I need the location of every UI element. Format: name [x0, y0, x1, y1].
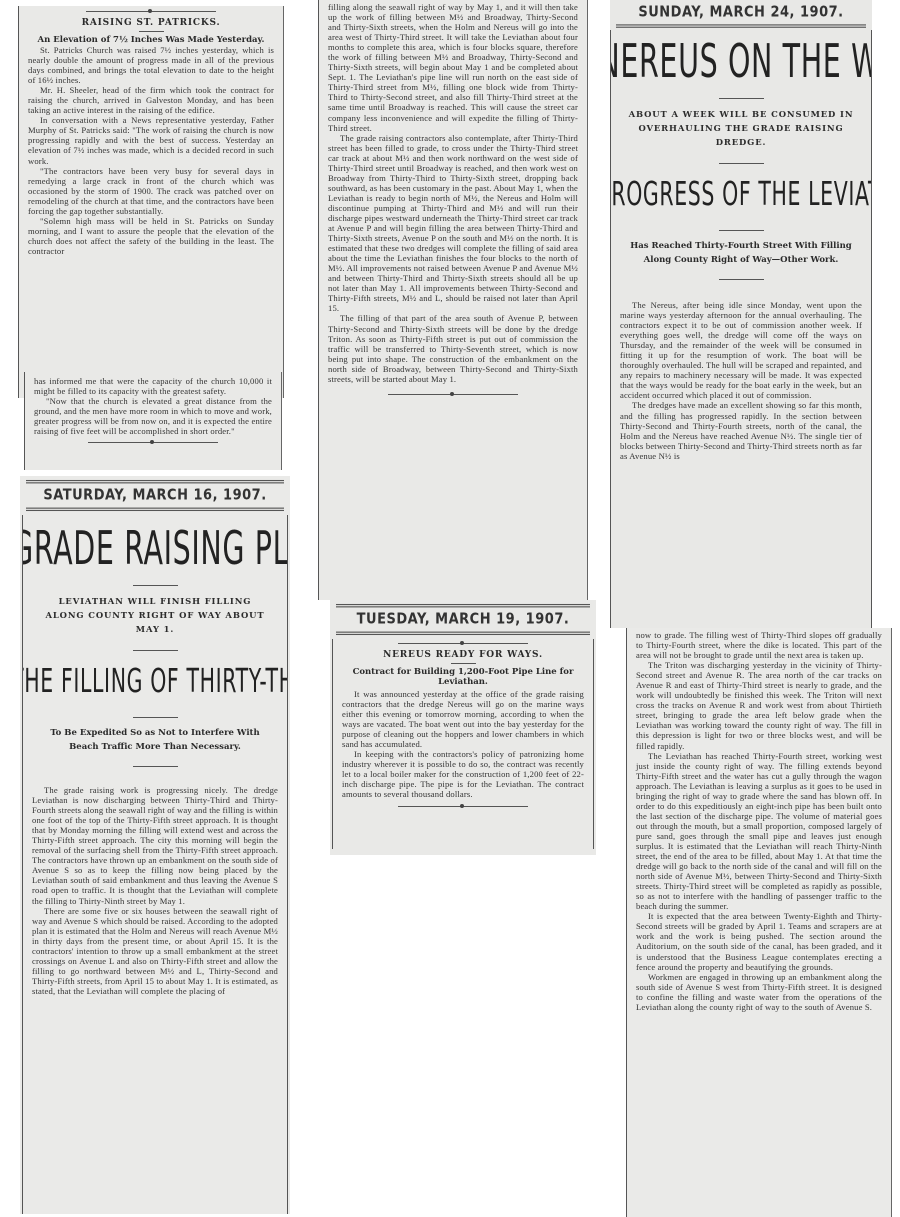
ornament-rule	[388, 394, 518, 395]
paragraph: The Leviathan has reached Thirty-Fourth …	[636, 751, 882, 912]
article-body: St. Patricks Church was raised 7½ inches…	[19, 45, 283, 256]
clipping-grade-raising-continued: filling along the seawall right of way b…	[318, 0, 588, 600]
divider	[719, 163, 764, 164]
ornament-rule	[86, 11, 216, 12]
subhead: Contract for Building 1,200-Foot Pipe Li…	[333, 667, 593, 687]
clipping-nereus-on-the-ways: SUNDAY, MARCH 24, 1907. NEREUS ON THE WA…	[610, 0, 872, 628]
divider	[451, 663, 476, 664]
paragraph: The grade raising contractors also conte…	[328, 133, 578, 314]
paragraph: It was announced yesterday at the office…	[342, 689, 584, 749]
divider	[133, 585, 178, 586]
paragraph: The filling of that part of the area sou…	[328, 313, 578, 383]
divider	[133, 717, 178, 718]
subhead: An Elevation of 7½ Inches Was Made Yeste…	[19, 35, 283, 45]
dateline: SATURDAY, MARCH 16, 1907.	[26, 480, 284, 511]
clipping-raising-st-patricks-continued: has informed me that were the capacity o…	[24, 372, 282, 470]
article-body: It was announced yesterday at the office…	[333, 687, 593, 800]
headline: NEREUS ON THE WAYS	[610, 32, 872, 90]
ornament-rule	[398, 806, 528, 807]
paragraph: In conversation with a News representati…	[28, 115, 274, 165]
headline-2: THE FILLING OF THIRTY-THIRD	[22, 659, 288, 703]
article-body: now to grade. The filling west of Thirty…	[627, 628, 891, 1012]
paragraph: filling along the seawall right of way b…	[328, 2, 578, 133]
clipping-nereus-ready: TUESDAY, MARCH 19, 1907. NEREUS READY FO…	[330, 600, 596, 855]
dateline: TUESDAY, MARCH 19, 1907.	[336, 604, 590, 635]
ornament-rule	[88, 442, 218, 443]
paragraph: "Solemn high mass will be held in St. Pa…	[28, 216, 274, 256]
paragraph: "The contractors have been very busy for…	[28, 166, 274, 216]
paragraph: In keeping with the contractors's policy…	[342, 749, 584, 799]
divider	[719, 279, 764, 280]
headline: NEREUS READY FOR WAYS.	[333, 650, 593, 660]
divider	[133, 766, 178, 767]
paragraph: now to grade. The filling west of Thirty…	[636, 630, 882, 660]
paragraph: The grade raising work is progressing ni…	[32, 785, 278, 906]
article-body: The grade raising work is progressing ni…	[23, 785, 287, 996]
paragraph: It is expected that the area between Twe…	[636, 911, 882, 971]
paragraph: The dredges have made an excellent showi…	[620, 400, 862, 460]
clipping-grade-raising-plans: SATURDAY, MARCH 16, 1907. GRADE RAISING …	[20, 476, 290, 1214]
paragraph: St. Patricks Church was raised 7½ inches…	[28, 45, 274, 85]
headline-2: PROGRESS OF THE LEVIATHAN	[610, 172, 872, 216]
paragraph: Workmen are engaged in throwing up an em…	[636, 972, 882, 1012]
paragraph: The Triton was discharging yesterday in …	[636, 660, 882, 750]
paragraph: Mr. H. Sheeler, head of the firm which t…	[28, 85, 274, 115]
dateline: SUNDAY, MARCH 24, 1907.	[616, 0, 866, 28]
paragraph: There are some five or six houses betwee…	[32, 906, 278, 996]
deck: LEVIATHAN WILL FINISH FILLING ALONG COUN…	[23, 594, 287, 636]
clipping-nereus-on-the-ways-continued: now to grade. The filling west of Thirty…	[626, 628, 892, 1217]
paragraph: "Now that the church is elevated a great…	[34, 396, 272, 436]
divider	[719, 230, 764, 231]
subdeck: Has Reached Thirty-Fourth Street With Fi…	[611, 239, 871, 267]
headline: GRADE RAISING PLANS	[22, 519, 288, 577]
clipping-raising-st-patricks: RAISING ST. PATRICKS. An Elevation of 7½…	[18, 6, 284, 398]
divider	[719, 98, 764, 99]
headline: RAISING ST. PATRICKS.	[19, 18, 283, 28]
divider	[133, 650, 178, 651]
deck: ABOUT A WEEK WILL BE CONSUMED IN OVERHAU…	[611, 107, 871, 149]
ornament-rule	[398, 643, 528, 644]
paragraph: has informed me that were the capacity o…	[34, 376, 272, 396]
divider	[139, 31, 164, 32]
article-body: filling along the seawall right of way b…	[319, 0, 587, 384]
subdeck: To Be Expedited So as Not to Interfere W…	[23, 726, 287, 754]
article-body: has informed me that were the capacity o…	[25, 372, 281, 436]
article-body: The Nereus, after being idle since Monda…	[611, 300, 871, 461]
paragraph: The Nereus, after being idle since Monda…	[620, 300, 862, 400]
